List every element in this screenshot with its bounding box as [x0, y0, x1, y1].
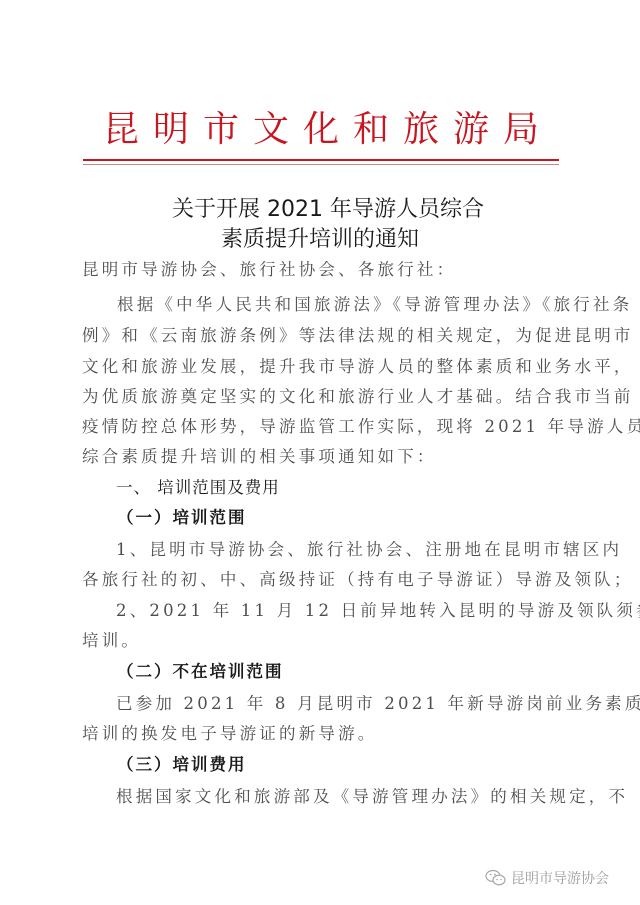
intro-line: 文化和旅游业发展，提升我市导游人员的整体素质和业务水平， — [82, 356, 634, 378]
paragraph-line: 培训。 — [82, 630, 141, 652]
paragraph-line: 根据国家文化和旅游部及《导游管理办法》的相关规定，不 — [116, 786, 628, 808]
org-header: 昆明市文化和旅游局 — [70, 108, 578, 152]
header-rule-top — [83, 159, 559, 161]
paragraph-line: 各旅行社的初、中、高级持证（持有电子导游证）导游及领队； — [82, 569, 634, 591]
subsection-heading: （一）培训范围 — [117, 507, 247, 529]
intro-line: 例》和《云南旅游条例》等法律法规的相关规定，为促进昆明市 — [82, 325, 634, 347]
intro-line: 综合素质提升培训的相关事项通知如下： — [82, 446, 437, 468]
wechat-watermark: 昆明市导游协会 — [485, 868, 609, 888]
document-title-line2: 素质提升培训的通知 — [0, 226, 640, 254]
watermark-label: 昆明市导游协会 — [511, 868, 609, 888]
salutation: 昆明市导游协会、旅行社协会、各旅行社： — [82, 259, 456, 281]
header-rule-bottom — [83, 164, 559, 165]
document-page: 昆明市文化和旅游局 关于开展 2021 年导游人员综合 素质提升培训的通知 昆明… — [0, 0, 640, 905]
intro-line: 疫情防控总体形势，导游监管工作实际，现将 2021 年导游人员 — [82, 416, 640, 438]
paragraph-line: 已参加 2021 年 8 月昆明市 2021 年新导游岗前业务素质提升 — [116, 693, 640, 715]
paragraph-line: 培训的换发电子导游证的新导游。 — [82, 723, 378, 745]
paragraph-line: 2、2021 年 11 月 12 日前异地转入昆明的导游及领队须参加 — [116, 600, 640, 622]
document-title-line1: 关于开展 2021 年导游人员综合 — [8, 196, 640, 224]
paragraph-line: 1、昆明市导游协会、旅行社协会、注册地在昆明市辖区内 — [116, 539, 622, 561]
header-double-rule — [83, 159, 559, 165]
intro-line: 为优质旅游奠定坚实的文化和旅游行业人才基础。结合我市当前 — [82, 386, 634, 408]
section-heading: 一、 培训范围及费用 — [116, 477, 280, 499]
intro-line: 根据《中华人民共和国旅游法》《导游管理办法》《旅行社条 — [117, 294, 632, 316]
subsection-heading: （二）不在培训范围 — [117, 661, 284, 683]
subsection-heading: （三）培训费用 — [117, 754, 247, 776]
wechat-icon — [485, 869, 507, 887]
